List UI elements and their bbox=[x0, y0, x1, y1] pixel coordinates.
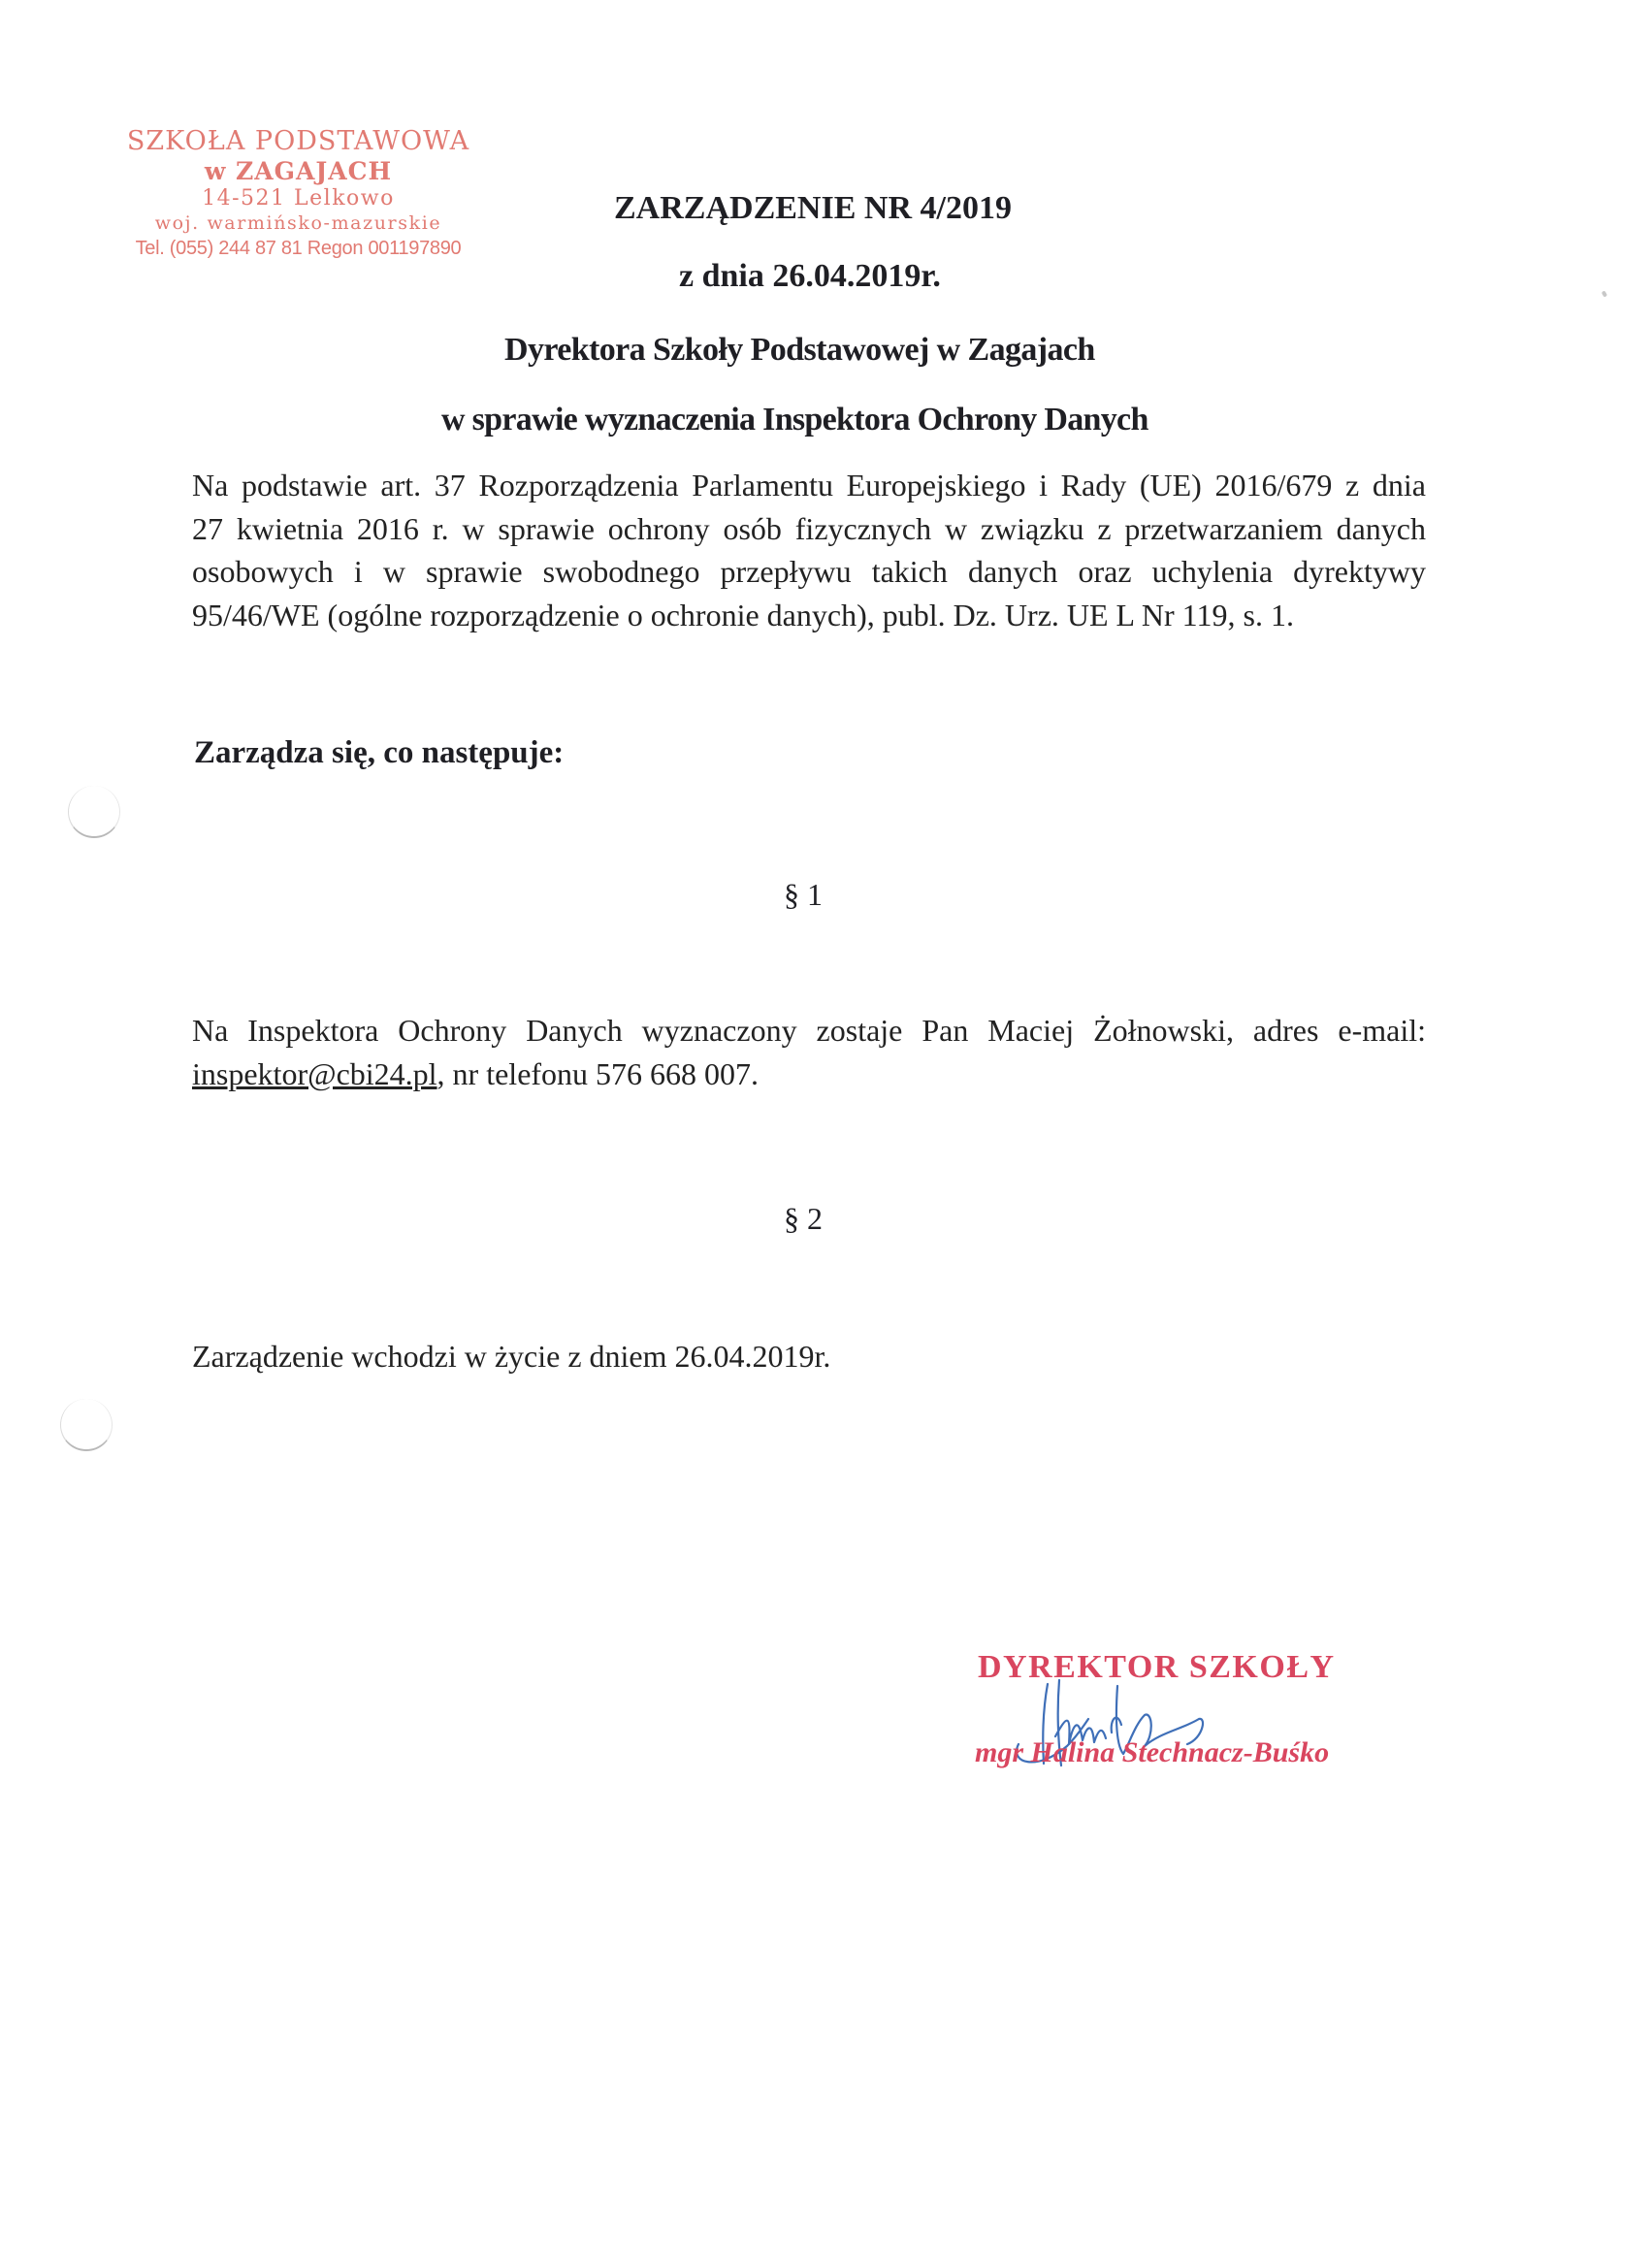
section-2-text: Zarządzenie wchodzi w życie z dniem 26.0… bbox=[192, 1339, 830, 1375]
preamble-line: 27 kwietnia 2016 r. w sprawie ochrony os… bbox=[192, 507, 1426, 551]
stamp-school-name: SZKOŁA PODSTAWOWA bbox=[107, 126, 490, 156]
stamp-phone-regon: Tel. (055) 244 87 81 Regon 001197890 bbox=[107, 236, 490, 261]
document-date: z dnia 26.04.2019r. bbox=[679, 258, 941, 295]
document-issuer: Dyrektora Szkoły Podstawowej w Zagajach bbox=[504, 332, 1095, 369]
section-1-paragraph: Na Inspektora Ochrony Danych wyznaczony … bbox=[192, 1009, 1426, 1095]
punch-hole-icon bbox=[60, 1399, 113, 1451]
stamp-voivodeship: woj. warmińsko-mazurskie bbox=[107, 211, 490, 236]
email-link[interactable]: inspektor@cbi24.pl bbox=[192, 1056, 437, 1091]
stamp-postal-address: 14-521 Lelkowo bbox=[107, 186, 490, 211]
scan-speck bbox=[1601, 290, 1607, 297]
section-1-line-1: Na Inspektora Ochrony Danych wyznaczony … bbox=[192, 1009, 1426, 1053]
decree-intro: Zarządza się, co następuje: bbox=[194, 735, 564, 771]
stamp-location: w ZAGAJACH bbox=[107, 156, 490, 186]
preamble-line: 95/46/WE (ogólne rozporządzenie o ochron… bbox=[192, 594, 1426, 637]
section-1-line-2: inspektor@cbi24.pl, nr telefonu 576 668 … bbox=[192, 1053, 1426, 1096]
preamble-paragraph: Na podstawie art. 37 Rozporządzenia Parl… bbox=[192, 464, 1426, 636]
preamble-line: osobowych i w sprawie swobodnego przepły… bbox=[192, 550, 1426, 594]
phone-text: , nr telefonu 576 668 007. bbox=[437, 1056, 760, 1091]
school-stamp: SZKOŁA PODSTAWOWA w ZAGAJACH 14-521 Lelk… bbox=[107, 126, 490, 261]
document-page: SZKOŁA PODSTAWOWA w ZAGAJACH 14-521 Lelk… bbox=[0, 0, 1649, 2268]
document-subject: w sprawie wyznaczenia Inspektora Ochrony… bbox=[441, 402, 1148, 438]
section-1-mark: § 1 bbox=[784, 877, 823, 913]
document-title: ZARZĄDZENIE NR 4/2019 bbox=[614, 190, 1012, 227]
punch-hole-icon bbox=[68, 786, 120, 838]
signatory-name: mgr Halina Stechnacz-Buśko bbox=[975, 1736, 1329, 1769]
section-2-mark: § 2 bbox=[784, 1201, 823, 1237]
preamble-line: Na podstawie art. 37 Rozporządzenia Parl… bbox=[192, 464, 1426, 507]
